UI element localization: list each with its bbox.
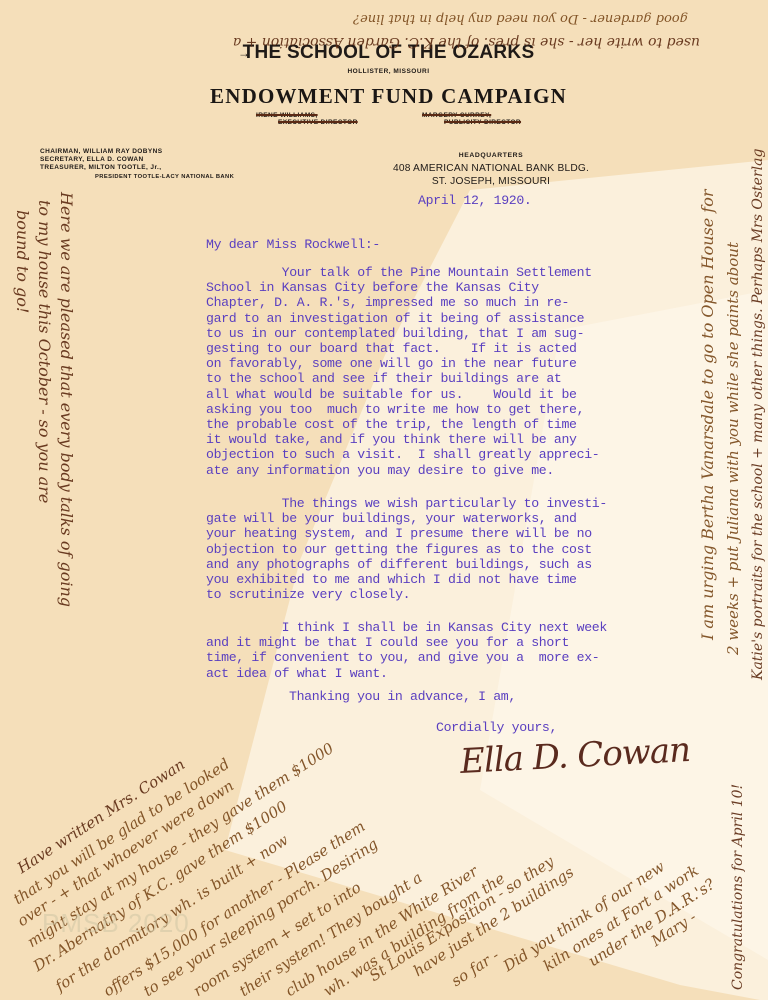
officers-list: CHAIRMAN, WILLIAM RAY DOBYNS SECRETARY, … — [40, 148, 234, 181]
address-line-1: 408 AMERICAN NATIONAL BANK BLDG. — [330, 162, 652, 175]
handwritten-top-line-2: good gardener - Do you need any help in … — [353, 11, 688, 26]
staff-executive: IRENE WILLIAMS, EXECUTIVE DIRECTOR — [256, 112, 358, 126]
paragraph-2: The things we wish particularly to inves… — [206, 496, 607, 602]
handwritten-right-line-3: Katie's portraits for the school + many … — [750, 149, 766, 680]
headquarters-address: 408 AMERICAN NATIONAL BANK BLDG. ST. JOS… — [330, 162, 652, 188]
officer-chairman: CHAIRMAN, WILLIAM RAY DOBYNS — [40, 148, 234, 156]
archive-watermark: PMSB 2020 — [42, 908, 190, 939]
officer-secretary: SECRETARY, ELLA D. COWAN — [40, 156, 234, 164]
officer-treasurer: TREASURER, MILTON TOOTLE, Jr., — [40, 164, 234, 172]
paragraph-1: Your talk of the Pine Mountain Settlemen… — [206, 265, 599, 478]
staff-name: IRENE WILLIAMS, — [256, 112, 358, 119]
staff-title: EXECUTIVE DIRECTOR — [256, 119, 358, 126]
staff-name: MARGERY CURREY, — [422, 112, 521, 119]
address-line-2: ST. JOSEPH, MISSOURI — [330, 175, 652, 188]
handwritten-right-line-1: I am urging Bertha Vanarsdale to go to O… — [698, 190, 717, 641]
handwritten-left-line-1: Here we are pleased that every body talk… — [57, 192, 76, 607]
handwritten-left-line-3: bound to go! — [13, 210, 32, 313]
handwritten-bottom-right: Congratulations for April 10! — [730, 784, 746, 990]
staff-title: PUBLICITY DIRECTOR — [422, 119, 521, 126]
letter-page: → THE SCHOOL OF THE OZARKS HOLLISTER, MI… — [0, 0, 768, 1000]
salutation: My dear Miss Rockwell:- — [206, 237, 380, 252]
staff-publicity: MARGERY CURREY, PUBLICITY DIRECTOR — [422, 112, 521, 126]
officer-treasurer-title: PRESIDENT TOOTLE-LACY NATIONAL BANK — [40, 173, 234, 181]
school-location: HOLLISTER, MISSOURI — [0, 68, 768, 75]
scan-edge — [768, 0, 777, 1000]
handwritten-right-line-2: 2 weeks + put Juliana with you while she… — [724, 242, 742, 655]
paragraph-3: I think I shall be in Kansas City next w… — [206, 620, 607, 681]
complimentary-close: Cordially yours, — [436, 720, 557, 735]
headquarters-label: HEADQUARTERS — [330, 152, 652, 159]
campaign-title: ENDOWMENT FUND CAMPAIGN — [0, 84, 768, 109]
letter-date: April 12, 1920. — [418, 193, 531, 208]
closing-line: Thanking you in advance, I am, — [289, 689, 516, 704]
handwritten-left-line-2: to my house this October - so you are — [35, 200, 54, 503]
handwritten-top-line-1: used to write her - she is pres. of the … — [233, 34, 700, 50]
